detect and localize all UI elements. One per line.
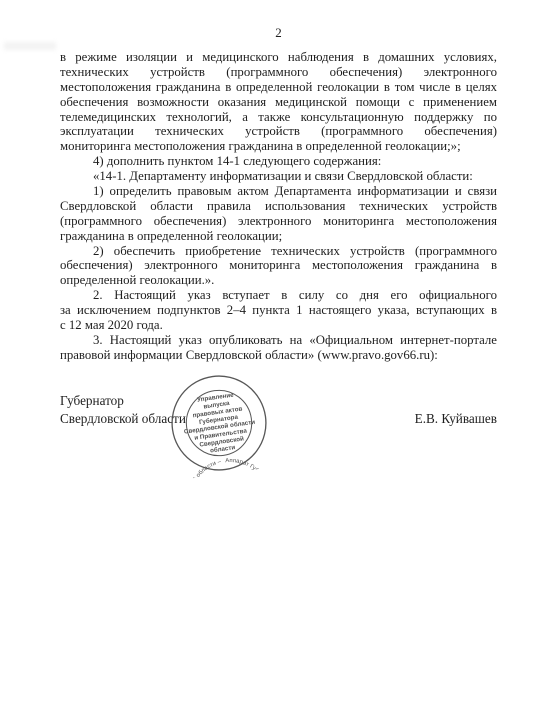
text-line: телемедицинских технологий, а также конс… <box>60 110 497 125</box>
official-seal-stamp: Аппарат Губернатора Свердловской области… <box>161 365 276 480</box>
seal-ring-text: Аппарат Губернатора Свердловской области… <box>181 452 277 480</box>
seal-center-text: Управлениевыпускаправовых актовГубернато… <box>179 389 258 458</box>
text-line: эксплуатации технических устройств (прог… <box>60 124 497 139</box>
text-line: местоположения гражданина в определенной… <box>60 80 497 95</box>
text-line: гражданина в определенной геолокации; <box>60 229 497 244</box>
signature-name: Е.В. Куйвашев <box>415 410 497 428</box>
scanned-document-page: { "page": { "number": "2" }, "document":… <box>0 0 539 727</box>
text-line: с 12 мая 2020 года. <box>60 318 497 333</box>
text-line: (программного обеспечения) электронного … <box>60 214 497 229</box>
scan-artifact <box>4 42 56 50</box>
text-line: обеспечения возможности оказания медицин… <box>60 95 497 110</box>
text-line: определенной геолокации.». <box>60 273 497 288</box>
text-line: за исключением подпунктов 2–4 пункта 1 н… <box>60 303 497 318</box>
text-line: технических устройств (программного обес… <box>60 65 497 80</box>
text-line: 4) дополнить пунктом 14-1 следующего сод… <box>60 154 497 169</box>
page-number: 2 <box>60 25 497 41</box>
text-line: 3. Настоящий указ опубликовать на «Офици… <box>60 333 497 348</box>
text-line: 2. Настоящий указ вступает в силу со дня… <box>60 288 497 303</box>
text-line: Свердловской области правила использован… <box>60 199 497 214</box>
text-line: в режиме изоляции и медицинского наблюде… <box>60 50 497 65</box>
document-body: в режиме изоляции и медицинского наблюде… <box>60 50 497 363</box>
text-line: мониторинга местоположения гражданина в … <box>60 139 497 154</box>
text-line: правовой информации Свердловской области… <box>60 348 497 363</box>
text-line: «14-1. Департаменту информатизации и свя… <box>60 169 497 184</box>
text-line: обеспечения) электронного мониторинга ме… <box>60 258 497 273</box>
text-line: 1) определить правовым актом Департамент… <box>60 184 497 199</box>
text-line: 2) обеспечить приобретение технических у… <box>60 244 497 259</box>
